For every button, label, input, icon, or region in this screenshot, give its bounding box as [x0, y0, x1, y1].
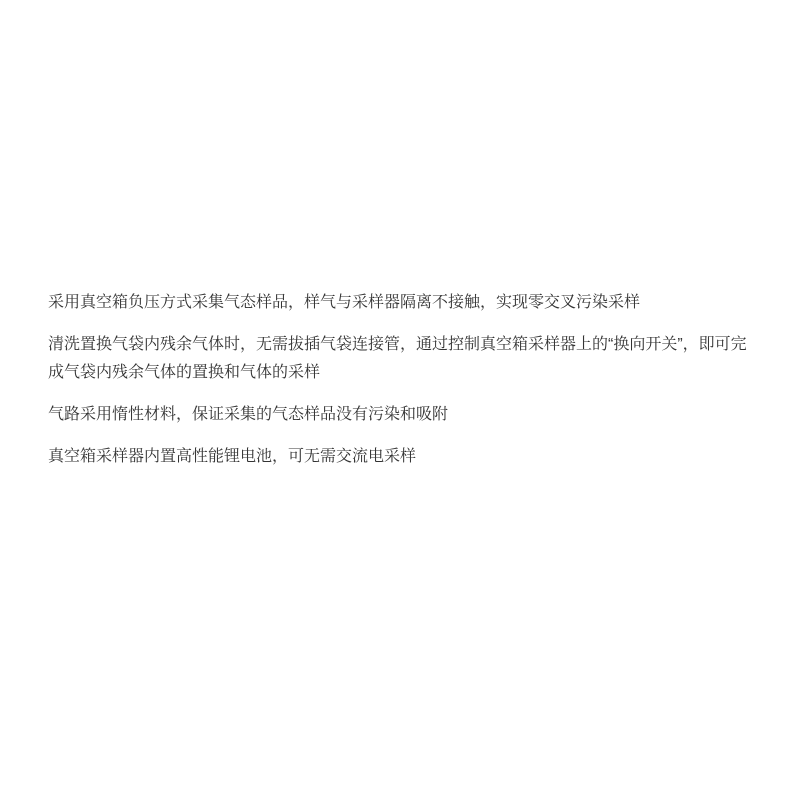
feature-paragraph-sampling-method: 采用真空箱负压方式采集气态样品，样气与采样器隔离不接触，实现零交叉污染采样	[48, 289, 748, 317]
feature-paragraph-purge-switch: 清洗置换气袋内残余气体时，无需拔插气袋连接管，通过控制真空箱采样器上的“换向开关…	[48, 331, 748, 387]
feature-paragraph-inert-material: 气路采用惰性材料，保证采集的气态样品没有污染和吸附	[48, 401, 748, 429]
product-feature-description: 采用真空箱负压方式采集气态样品，样气与采样器隔离不接触，实现零交叉污染采样 清洗…	[48, 289, 748, 471]
feature-paragraph-lithium-battery: 真空箱采样器内置高性能锂电池，可无需交流电采样	[48, 443, 748, 471]
